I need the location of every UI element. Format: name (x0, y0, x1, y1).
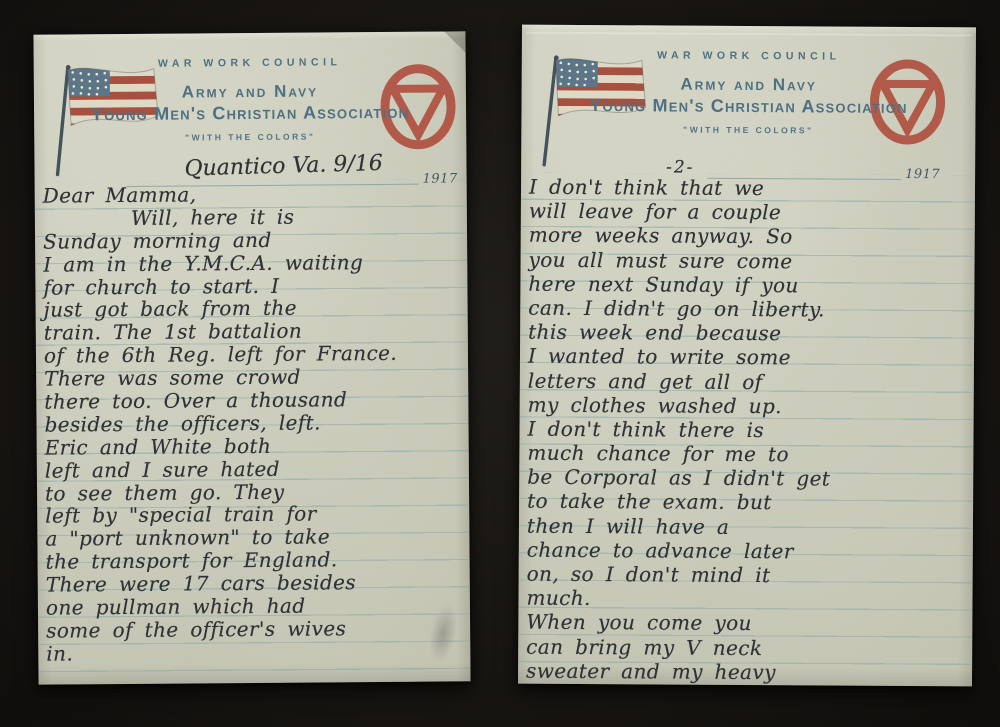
handwritten-line: can. I didn't go on liberty. (528, 296, 970, 323)
letter-page-2: WAR WORK COUNCIL (518, 25, 976, 687)
handwritten-line: Eric and White both (45, 433, 465, 459)
handwritten-line: There was some crowd (44, 364, 464, 390)
handwritten-line: a "port unknown" to take (45, 525, 465, 551)
handwritten-line: some of the officer's wives (46, 616, 466, 642)
handwritten-line: on, so I don't mind it (527, 562, 969, 589)
handwritten-line: then I will have a (527, 513, 969, 540)
handwritten-line: for church to start. I (43, 273, 463, 299)
handwritten-line: train. The 1st battalion (44, 319, 464, 345)
handwritten-line: to take the exam. but (527, 489, 969, 516)
handwritten-line: the transport for England. (46, 548, 466, 574)
army-and-navy-line: Army and Navy (522, 74, 976, 97)
handwritten-line: one pullman which had (46, 593, 466, 619)
handwritten-line: Will, here it is (43, 204, 463, 230)
handwritten-line: my clothes washed up. (528, 392, 970, 419)
handwritten-line: just got back from the (44, 296, 464, 322)
handwritten-line: there too. Over a thousand (44, 387, 464, 413)
handwritten-line: I don't think that we (529, 175, 971, 202)
handwritten-line: besides the officers, left. (44, 410, 464, 436)
handwritten-line: chance to advance later (527, 537, 969, 564)
photo-backdrop: WAR WORK COUNCIL (0, 0, 1000, 727)
handwritten-date: Quantico Va. 9/16 (184, 151, 383, 182)
handwritten-line: left by "special train for (45, 502, 465, 528)
ymca-association-line: Young Men's Christian Association (34, 101, 466, 125)
handwritten-line: be Corporal as I didn't get (527, 465, 969, 492)
handwritten-line: I don't think there is (527, 417, 969, 444)
handwritten-line: you all must sure come (529, 247, 971, 274)
handwritten-line: There were 17 cars besides (46, 570, 466, 596)
handwritten-line: much chance for me to (527, 441, 969, 468)
handwritten-line: here next Sunday if you (528, 271, 970, 298)
handwritten-line: this week end because (528, 320, 970, 347)
letter-page-1: WAR WORK COUNCIL (33, 31, 470, 684)
handwritten-line: left and I sure hated (45, 456, 465, 482)
ymca-association-line: Young Men's Christian Association (521, 95, 975, 119)
handwritten-line: I wanted to write some (528, 344, 970, 371)
page1-body: Dear Mamma, Will, here it is Sunday morn… (43, 181, 467, 665)
handwritten-line: letters and get all of (528, 368, 970, 395)
handwritten-line: much. (526, 586, 968, 613)
page2-body: I don't think that we will leave for a c… (526, 175, 971, 686)
handwritten-line: Dear Mamma, (43, 181, 463, 207)
handwritten-line: can bring my V neck (526, 634, 968, 661)
handwritten-line: Sunday morning and (43, 227, 463, 253)
handwritten-line: more weeks anyway. So (529, 223, 971, 250)
handwritten-line: I am in the Y.M.C.A. waiting (43, 250, 463, 276)
handwritten-line: to see them go. They (45, 479, 465, 505)
handwritten-line: in. (46, 639, 466, 665)
handwritten-line: of the 6th Reg. left for France. (44, 342, 464, 368)
handwritten-line: will leave for a couple (529, 199, 971, 226)
handwritten-line: When you come you (526, 610, 968, 637)
handwritten-line: sweater and my heavy (526, 658, 968, 685)
army-and-navy-line: Army and Navy (34, 80, 466, 103)
